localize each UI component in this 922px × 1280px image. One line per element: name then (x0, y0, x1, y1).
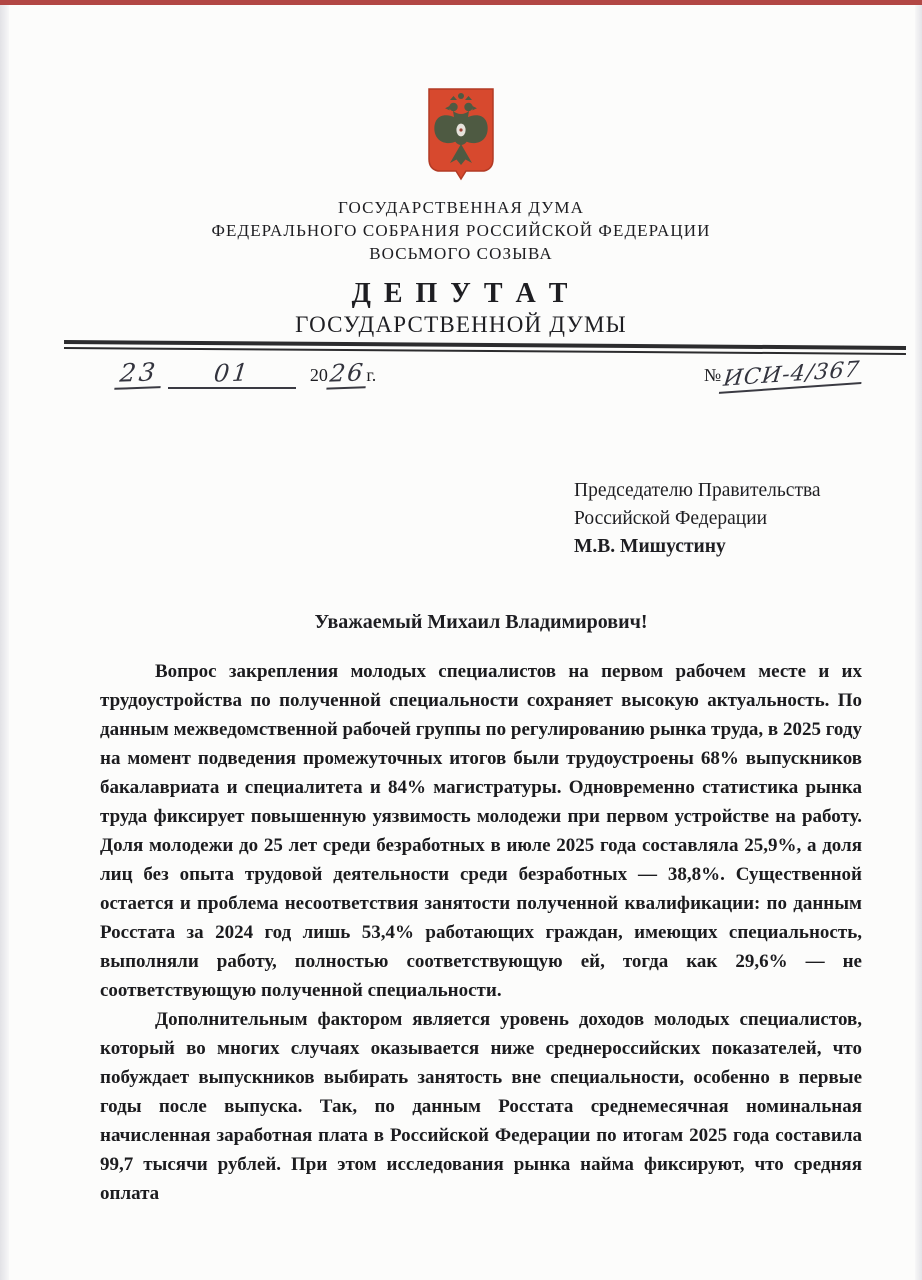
number-value-handwritten: ИСИ-4/367 (719, 357, 864, 394)
org-name-line2: ФЕДЕРАЛЬНОГО СОБРАНИЯ РОССИЙСКОЙ ФЕДЕРАЦ… (0, 219, 922, 242)
number-sign: № (704, 365, 721, 385)
addressee-block: Председателю Правительства Российской Фе… (574, 477, 821, 561)
body-paragraph-1: Вопрос закрепления молодых специалистов … (100, 657, 862, 1005)
date-year-handwritten: 26 (326, 358, 368, 389)
org-name-line1: ГОСУДАРСТВЕННАЯ ДУМА (0, 196, 922, 219)
addressee-name: М.В. Мишустину (574, 533, 821, 561)
letterhead-divider (64, 340, 906, 355)
salutation: Уважаемый Михаил Владимирович! (100, 611, 862, 634)
body-paragraph-2: Дополнительным фактором является уровень… (100, 1005, 862, 1208)
russia-coat-of-arms-icon (424, 87, 498, 181)
role-subtitle: ГОСУДАРСТВЕННОЙ ДУМЫ (0, 310, 922, 340)
letterhead: ГОСУДАРСТВЕННАЯ ДУМА ФЕДЕРАЛЬНОГО СОБРАН… (0, 196, 922, 340)
role-title: Д Е П У Т А Т (0, 278, 922, 310)
date-suffix: г. (366, 365, 376, 385)
addressee-line1: Председателю Правительства (574, 477, 821, 505)
date-year-printed: 20 (310, 365, 328, 385)
top-accent-bar (0, 0, 922, 5)
date-month-handwritten: 01 (212, 358, 252, 387)
addressee-line2: Российской Федерации (574, 505, 821, 533)
org-name-line3: ВОСЬМОГО СОЗЫВА (0, 242, 922, 265)
date-day-handwritten: 23 (114, 357, 163, 390)
document-page: ГОСУДАРСТВЕННАЯ ДУМА ФЕДЕРАЛЬНОГО СОБРАН… (0, 0, 922, 1280)
date-line: 23012026г. (116, 358, 376, 389)
letter-body: Вопрос закрепления молодых специалистов … (100, 657, 862, 1208)
outgoing-number: №ИСИ-4/367 (704, 362, 862, 389)
